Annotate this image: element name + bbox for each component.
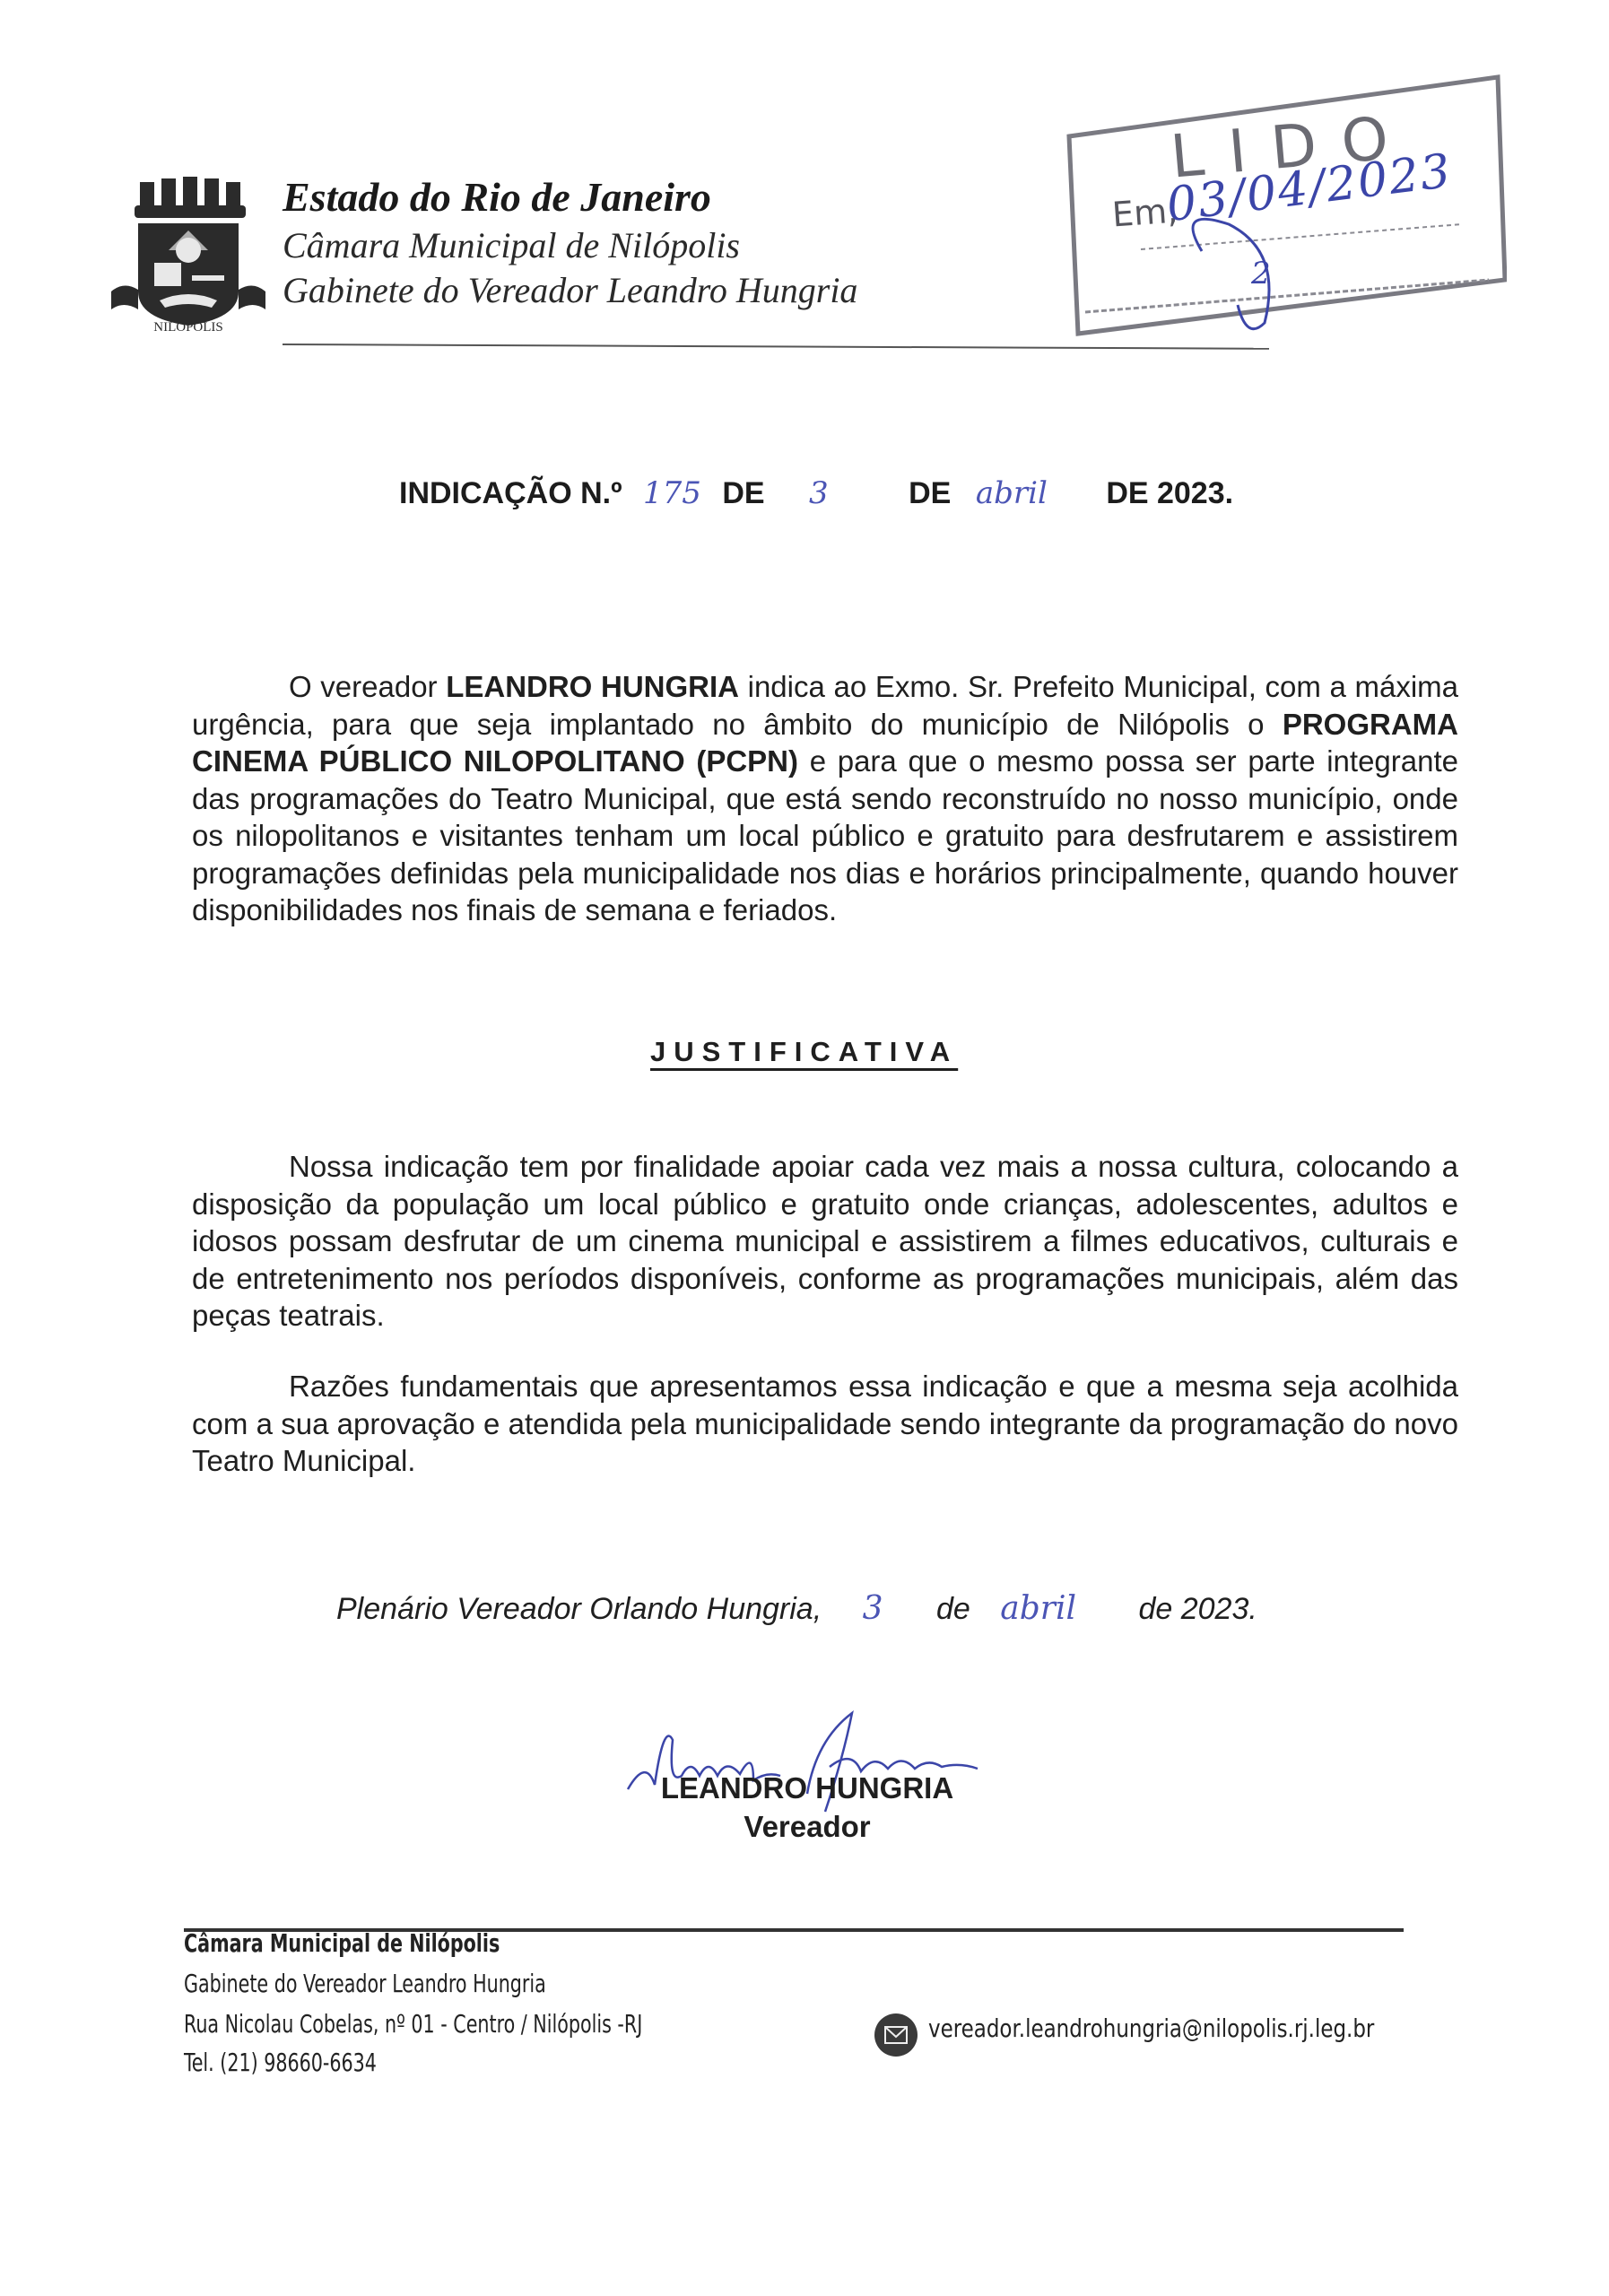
councilor-name: LEANDRO HUNGRIA	[446, 670, 739, 703]
title-de-2: DE	[909, 476, 951, 510]
closing-day: 3	[863, 1590, 883, 1627]
footer-phone: Tel. (21) 98660-6634	[184, 2048, 377, 2077]
title-number: 175	[643, 475, 701, 511]
title-suffix: DE 2023.	[1106, 476, 1233, 510]
indication-paragraph: O vereador LEANDRO HUNGRIA indica ao Exm…	[192, 668, 1458, 929]
title-month: abril	[976, 475, 1048, 511]
title-de-1: DE	[722, 476, 764, 510]
footer-chamber: Câmara Municipal de Nilópolis	[184, 1928, 500, 1958]
municipal-coat-of-arms-icon: NILOPOLIS	[106, 175, 267, 336]
p2-text: Nossa indicação tem por finalidade apoia…	[192, 1150, 1458, 1332]
footer-address: Rua Nicolau Cobelas, nº 01 - Centro / Ni…	[184, 2009, 642, 2039]
justification-paragraph: Nossa indicação tem por finalidade apoia…	[192, 1148, 1458, 1335]
closing-year: de 2023.	[1138, 1592, 1257, 1626]
footer-office: Gabinete do Vereador Leandro Hungria	[184, 1969, 546, 1998]
closing-line: Plenário Vereador Orlando Hungria, 3 de …	[336, 1590, 1257, 1627]
envelope-icon	[874, 2013, 918, 2057]
signatory-name: LEANDRO HUNGRIA	[628, 1771, 987, 1805]
reasons-paragraph: Razões fundamentais que apresentamos ess…	[192, 1368, 1458, 1480]
document-title: INDICAÇÃO N.º 175 DE 3 DE abril DE 2023.	[399, 475, 1233, 511]
closing-de: de	[936, 1592, 970, 1626]
header-divider	[283, 344, 1269, 350]
p3-text: Razões fundamentais que apresentamos ess…	[192, 1370, 1458, 1477]
title-day: 3	[809, 475, 829, 511]
header-state: Estado do Rio de Janeiro	[283, 173, 711, 221]
svg-text:NILOPOLIS: NILOPOLIS	[153, 320, 223, 335]
stamp-handwritten-mark: 2	[1251, 256, 1271, 291]
closing-place: Plenário Vereador Orlando Hungria,	[336, 1592, 822, 1626]
title-prefix: INDICAÇÃO N.º	[399, 476, 622, 510]
p1-start: O vereador	[289, 670, 446, 703]
closing-month: abril	[1000, 1590, 1076, 1627]
header-chamber: Câmara Municipal de Nilópolis	[283, 224, 740, 266]
footer-email[interactable]: vereador.leandrohungria@nilopolis.rj.leg…	[928, 2013, 1374, 2043]
header-office: Gabinete do Vereador Leandro Hungria	[283, 269, 857, 311]
section-title-justificativa: JUSTIFICATIVA	[650, 1036, 958, 1068]
signatory-role: Vereador	[628, 1810, 987, 1844]
